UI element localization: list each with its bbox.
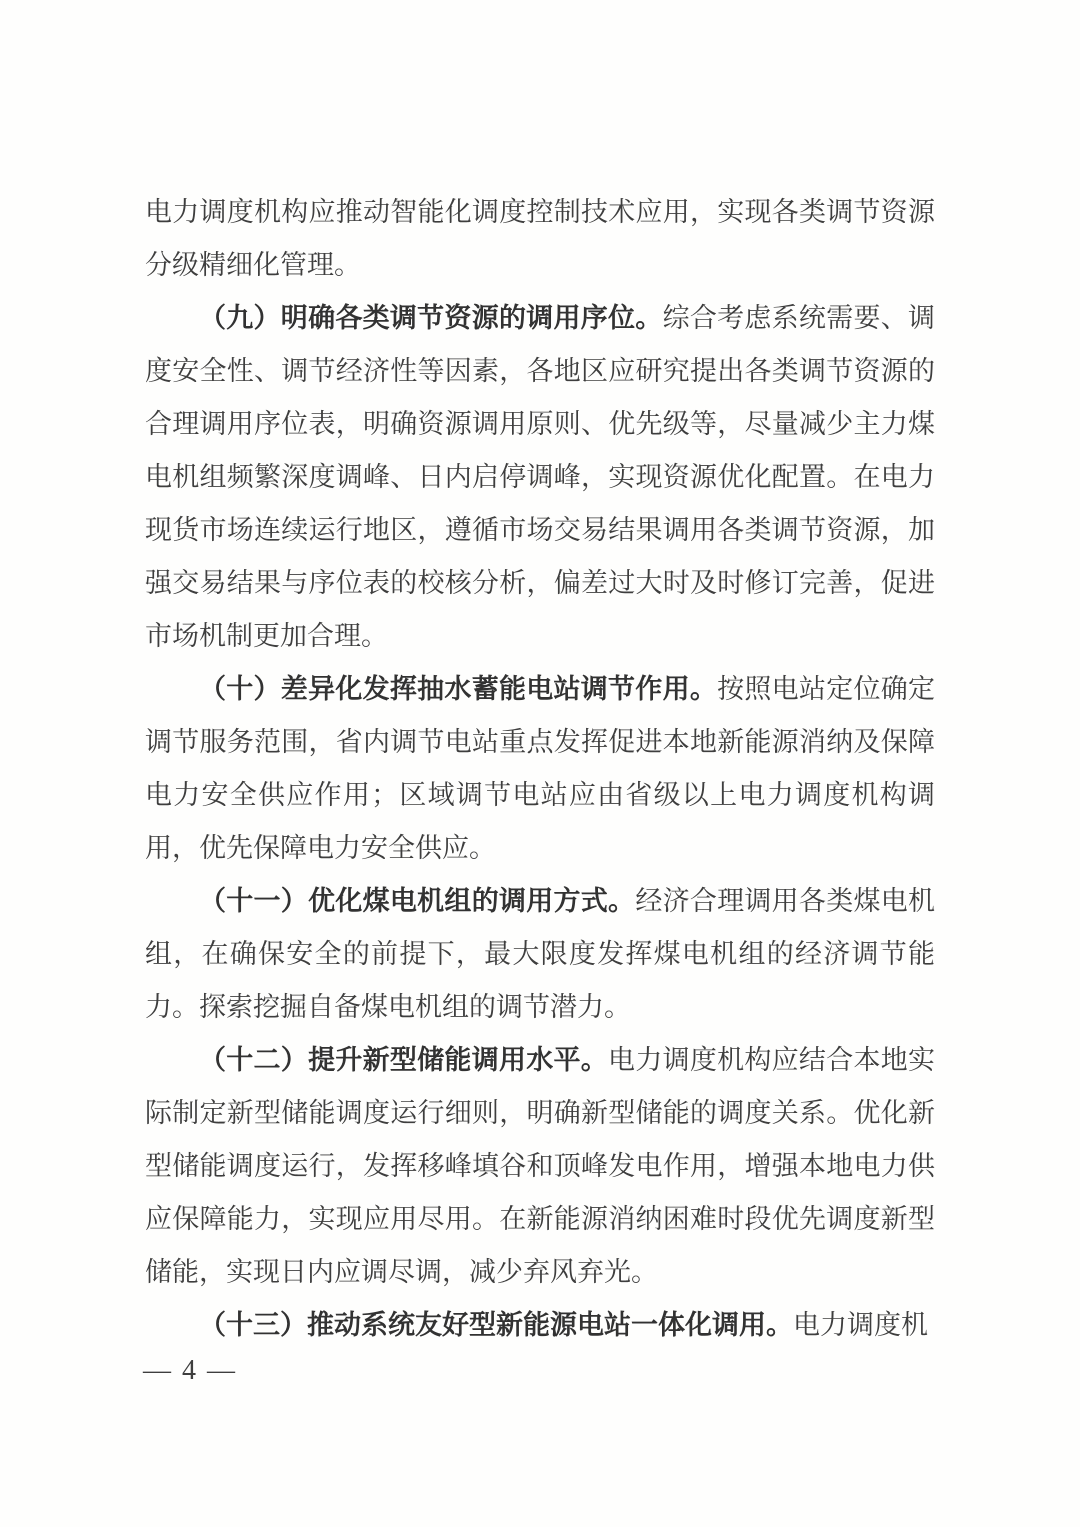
paragraph-item-10: （十）差异化发挥抽水蓄能电站调节作用。按照电站定位确定调节服务范围，省内调节电站… (145, 663, 935, 875)
paragraph-heading: （十）差异化发挥抽水蓄能电站调节作用。 (199, 674, 717, 704)
paragraph-item-13: （十三）推动系统友好型新能源电站一体化调用。电力调度机 (145, 1299, 935, 1352)
paragraph-heading: （十一）优化煤电机组的调用方式。 (199, 886, 635, 916)
paragraph-continuation: 电力调度机构应推动智能化调度控制技术应用，实现各类调节资源分级精细化管理。 (145, 186, 935, 292)
document-page: 电力调度机构应推动智能化调度控制技术应用，实现各类调节资源分级精细化管理。 （九… (0, 0, 1080, 1527)
page-number: — 4 — (143, 1351, 237, 1391)
paragraph-text: 综合考虑系统需要、调度安全性、调节经济性等因素，各地区应研究提出各类调节资源的合… (145, 303, 935, 651)
paragraph-item-12: （十二）提升新型储能调用水平。电力调度机构应结合本地实际制定新型储能调度运行细则… (145, 1034, 935, 1299)
paragraph-item-9: （九）明确各类调节资源的调用序位。综合考虑系统需要、调度安全性、调节经济性等因素… (145, 292, 935, 663)
paragraph-heading: （十三）推动系统友好型新能源电站一体化调用。 (199, 1310, 793, 1340)
paragraph-text: 电力调度机构应结合本地实际制定新型储能调度运行细则，明确新型储能的调度关系。优化… (145, 1045, 935, 1287)
paragraph-text: 电力调度机 (793, 1310, 928, 1340)
paragraph-heading: （十二）提升新型储能调用水平。 (199, 1045, 608, 1075)
paragraph-heading: （九）明确各类调节资源的调用序位。 (199, 303, 663, 333)
paragraph-text: 电力调度机构应推动智能化调度控制技术应用，实现各类调节资源分级精细化管理。 (145, 197, 935, 280)
document-body: 电力调度机构应推动智能化调度控制技术应用，实现各类调节资源分级精细化管理。 （九… (145, 186, 935, 1352)
paragraph-item-11: （十一）优化煤电机组的调用方式。经济合理调用各类煤电机组，在确保安全的前提下，最… (145, 875, 935, 1034)
